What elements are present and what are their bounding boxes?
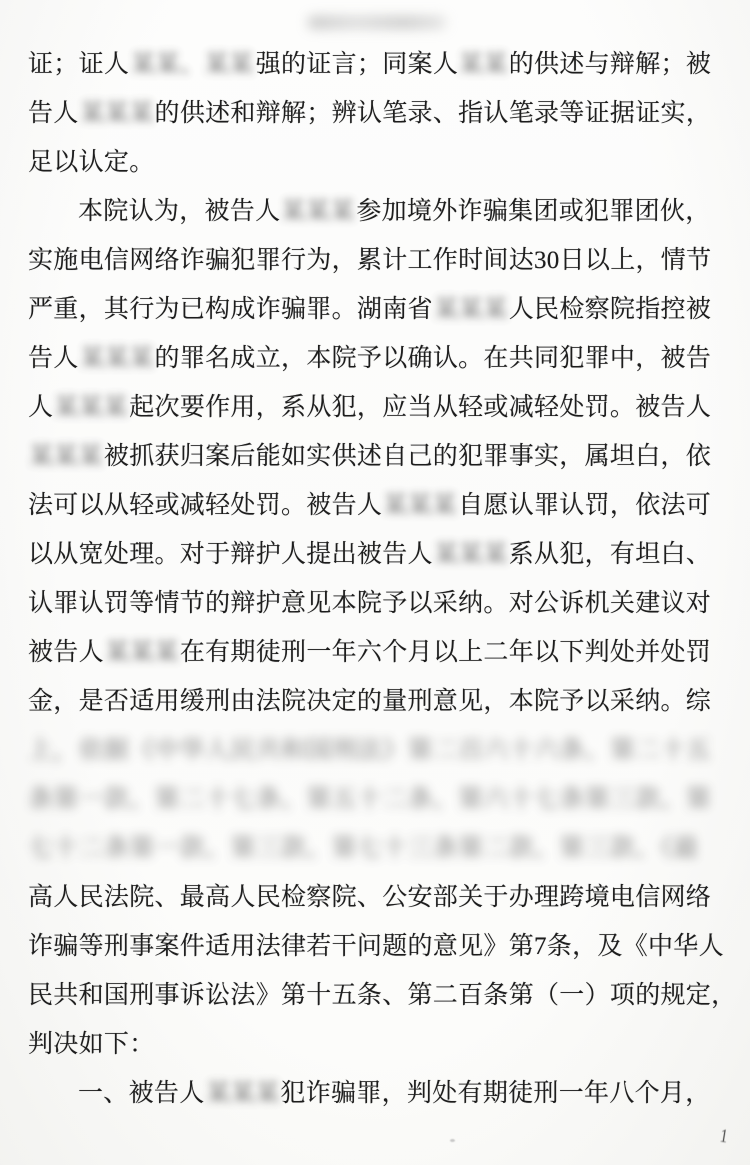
document-body: 证；证人某某、某某强的证言；同案人某某的供述与辩解；被告人某某某的供述和辩解；辨…: [28, 40, 728, 1118]
text-segment: 民共和国刑事诉讼法》第十五条、第二百条第（一）项的规定，: [28, 982, 736, 1009]
text-segment: 人: [28, 394, 53, 421]
text-line: 告人某某某的罪名成立，本院予以确认。在共同犯罪中，被告: [28, 334, 728, 383]
text-line: 一、被告人某某某犯诈骗罪，判处有期徒刑一年八个月，: [28, 1069, 728, 1118]
text-segment: 一、被告人: [78, 1080, 205, 1107]
text-line: 某某某被抓获归案后能如实供述自己的犯罪事实，属坦白，依: [28, 432, 728, 481]
text-segment: 人民检察院指控被: [509, 296, 711, 323]
text-segment: 告人: [28, 345, 79, 372]
text-segment: 足以认定。: [28, 149, 155, 176]
text-segment: 的供述与辩解；被: [509, 51, 711, 78]
text-line: 以从宽处理。对于辩护人提出被告人某某某系从犯，有坦白、: [28, 530, 728, 579]
text-segment: 实施电信网络诈骗犯罪行为，累计工作时间达30日以上，情节: [28, 247, 711, 274]
text-line: 法可以从轻或减轻处罚。被告人某某某自愿认罪认罚，依法可: [28, 481, 728, 530]
text-segment: 以从宽处理。对于辩护人提出被告人: [28, 541, 433, 568]
redacted-name-blur: 某某某: [80, 335, 154, 383]
text-line: 金，是否适用缓刑由法院决定的量刑意见，本院予以采纳。综: [28, 677, 728, 726]
redacted-name-blur: 某某某: [434, 531, 508, 579]
redacted-name-blur: 某某某: [282, 188, 356, 236]
redacted-name-blur: 某某某: [80, 90, 154, 138]
text-segment: 诈骗等刑事案件适用法律若干问题的意见》第7条，及《中华人: [28, 933, 724, 960]
scan-artifact-dot: [450, 1139, 455, 1142]
document-page: 证；证人某某、某某强的证言；同案人某某的供述与辩解；被告人某某某的供述和辩解；辨…: [0, 0, 750, 1165]
redacted-name-blur: 某某某: [29, 433, 103, 481]
text-line: 实施电信网络诈骗犯罪行为，累计工作时间达30日以上，情节: [28, 236, 728, 285]
text-line: 人某某某起次要作用，系从犯，应当从轻或减轻处罚。被告人: [28, 383, 728, 432]
text-segment: 参加境外诈骗集团或犯罪团伙，: [356, 198, 710, 225]
text-segment: 高人民法院、最高人民检察院、公安部关于办理跨境电信网络: [28, 884, 711, 911]
text-segment: 法可以从轻或减轻处罚。被告人: [28, 492, 382, 519]
text-segment: 强的证言；同案人: [256, 51, 458, 78]
redacted-name-blur: 某某某: [54, 384, 128, 432]
text-line: 高人民法院、最高人民检察院、公安部关于办理跨境电信网络: [28, 873, 728, 922]
redacted-name-blur: 某某: [459, 41, 508, 89]
text-segment: 犯诈骗罪，判处有期徒刑一年八个月，: [280, 1080, 710, 1107]
text-segment: 七十二条第一款、第三款、第七十三条第二款、第三款、《最: [28, 835, 699, 862]
text-segment: 的罪名成立，本院予以确认。在共同犯罪中，被告: [155, 345, 712, 372]
blurred-text-line: 七十二条第一款、第三款、第七十三条第二款、第三款、《最: [28, 824, 728, 873]
text-segment: 判决如下：: [28, 1031, 155, 1058]
text-segment: 条第一款、第二十七条、第五十二条、第六十七条第三款、第: [28, 786, 711, 813]
redacted-name-blur: 某某、某某: [131, 41, 254, 89]
text-segment: 金，是否适用缓刑由法院决定的量刑意见，本院予以采纳。综: [28, 688, 711, 715]
text-segment: 被告人: [28, 639, 104, 666]
text-segment: 起次要作用，系从犯，应当从轻或减轻处罚。被告人: [129, 394, 711, 421]
text-line: 足以认定。: [28, 138, 728, 187]
text-segment: 本院认为，被告人: [78, 198, 280, 225]
text-line: 判决如下：: [28, 1020, 728, 1069]
text-segment: 严重，其行为已构成诈骗罪。湖南省: [28, 296, 433, 323]
redacted-name-blur: 某某某: [206, 1070, 280, 1118]
text-line: 严重，其行为已构成诈骗罪。湖南省某某某人民检察院指控被: [28, 285, 728, 334]
page-corner-mark: 1: [718, 1126, 729, 1149]
text-segment: 告人: [28, 100, 79, 127]
text-line: 被告人某某某在有期徒刑一年六个月以上二年以下判处并处罚: [28, 628, 728, 677]
text-line: 告人某某某的供述和辩解；辨认笔录、指认笔录等证据证实，: [28, 89, 728, 138]
text-line: 认罪认罚等情节的辩护意见本院予以采纳。对公诉机关建议对: [28, 579, 728, 628]
text-segment: 被抓获归案后能如实供述自己的犯罪事实，属坦白，依: [104, 443, 711, 470]
text-segment: 认罪认罚等情节的辩护意见本院予以采纳。对公诉机关建议对: [28, 590, 711, 617]
text-line: 本院认为，被告人某某某参加境外诈骗集团或犯罪团伙，: [28, 187, 728, 236]
text-segment: 系从犯，有坦白、: [509, 541, 711, 568]
text-segment: 证；证人: [28, 51, 129, 78]
blurred-text-line: 条第一款、第二十七条、第五十二条、第六十七条第三款、第: [28, 775, 728, 824]
redacted-header-smudge: [308, 16, 446, 29]
blurred-text-line: 上，依据《中华人民共和国刑法》第二百六十六条、第二十五: [28, 726, 728, 775]
text-line: 证；证人某某、某某强的证言；同案人某某的供述与辩解；被: [28, 40, 728, 89]
text-line: 诈骗等刑事案件适用法律若干问题的意见》第7条，及《中华人: [28, 922, 728, 971]
text-line: 民共和国刑事诉讼法》第十五条、第二百条第（一）项的规定，: [28, 971, 728, 1020]
redacted-name-blur: 某某某: [434, 286, 508, 334]
redacted-name-blur: 某某某: [383, 482, 457, 530]
text-segment: 自愿认罪认罚，依法可: [458, 492, 711, 519]
redacted-name-blur: 某某某: [105, 629, 179, 677]
text-segment: 上，依据《中华人民共和国刑法》第二百六十六条、第二十五: [28, 737, 711, 764]
text-segment: 在有期徒刑一年六个月以上二年以下判处并处罚: [180, 639, 711, 666]
text-segment: 的供述和辩解；辨认笔录、指认笔录等证据证实，: [155, 100, 712, 127]
